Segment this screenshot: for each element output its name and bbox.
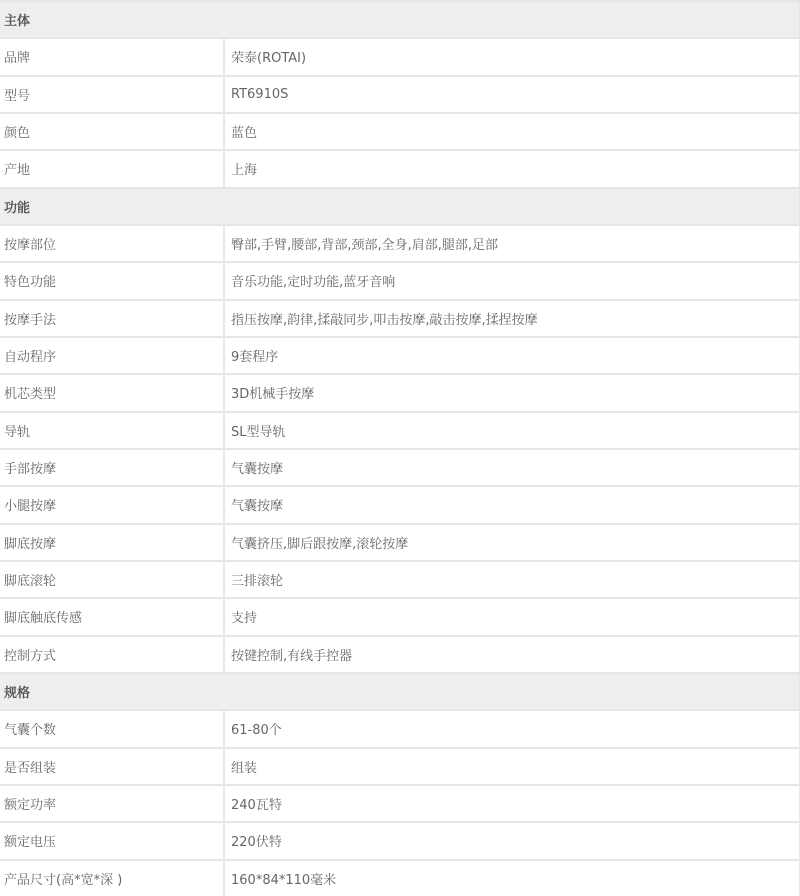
spec-value: 支持 <box>224 598 800 635</box>
spec-label: 机芯类型 <box>0 374 224 411</box>
table-row: 是否组装组装 <box>0 748 800 785</box>
table-row: 型号RT6910S <box>0 76 800 113</box>
table-row: 脚底按摩气囊挤压,脚后跟按摩,滚轮按摩 <box>0 524 800 561</box>
spec-label: 是否组装 <box>0 748 224 785</box>
table-row: 额定电压220伏特 <box>0 822 800 859</box>
spec-value: RT6910S <box>224 76 800 113</box>
spec-table: 主体 品牌荣泰(ROTAI) 型号RT6910S 颜色蓝色 产地上海 功能 按摩… <box>0 0 800 896</box>
spec-value: 9套程序 <box>224 337 800 374</box>
spec-value: 按键控制,有线手控器 <box>224 636 800 673</box>
table-row: 品牌荣泰(ROTAI) <box>0 38 800 75</box>
table-row: 颜色蓝色 <box>0 113 800 150</box>
spec-value: 组装 <box>224 748 800 785</box>
spec-label: 控制方式 <box>0 636 224 673</box>
spec-label: 产地 <box>0 150 224 187</box>
table-row: 按摩手法指压按摩,韵律,揉敲同步,叩击按摩,敲击按摩,揉捏按摩 <box>0 300 800 337</box>
table-row: 自动程序9套程序 <box>0 337 800 374</box>
table-row: 按摩部位臀部,手臂,腰部,背部,颈部,全身,肩部,腿部,足部 <box>0 225 800 262</box>
spec-value: 音乐功能,定时功能,蓝牙音响 <box>224 262 800 299</box>
table-row: 脚底滚轮三排滚轮 <box>0 561 800 598</box>
spec-label: 自动程序 <box>0 337 224 374</box>
section-header-main: 主体 <box>0 1 800 38</box>
spec-value: 三排滚轮 <box>224 561 800 598</box>
spec-label: 脚底滚轮 <box>0 561 224 598</box>
spec-value: SL型导轨 <box>224 412 800 449</box>
spec-label: 导轨 <box>0 412 224 449</box>
section-header-specs: 规格 <box>0 673 800 710</box>
spec-label: 产品尺寸(高*宽*深 ) <box>0 860 224 896</box>
spec-label: 手部按摩 <box>0 449 224 486</box>
table-row: 手部按摩气囊按摩 <box>0 449 800 486</box>
spec-label: 特色功能 <box>0 262 224 299</box>
table-row: 控制方式按键控制,有线手控器 <box>0 636 800 673</box>
spec-value: 160*84*110毫米 <box>224 860 800 896</box>
spec-label: 脚底按摩 <box>0 524 224 561</box>
spec-label: 脚底触底传感 <box>0 598 224 635</box>
spec-label: 额定功率 <box>0 785 224 822</box>
spec-value: 3D机械手按摩 <box>224 374 800 411</box>
table-row: 气囊个数61-80个 <box>0 710 800 747</box>
spec-label: 小腿按摩 <box>0 486 224 523</box>
spec-value: 240瓦特 <box>224 785 800 822</box>
spec-value: 61-80个 <box>224 710 800 747</box>
spec-value: 220伏特 <box>224 822 800 859</box>
spec-value: 荣泰(ROTAI) <box>224 38 800 75</box>
spec-value: 蓝色 <box>224 113 800 150</box>
table-row: 小腿按摩气囊按摩 <box>0 486 800 523</box>
spec-label: 按摩手法 <box>0 300 224 337</box>
section-title: 功能 <box>0 188 800 225</box>
spec-value: 气囊按摩 <box>224 486 800 523</box>
spec-value: 臀部,手臂,腰部,背部,颈部,全身,肩部,腿部,足部 <box>224 225 800 262</box>
table-row: 机芯类型3D机械手按摩 <box>0 374 800 411</box>
spec-label: 额定电压 <box>0 822 224 859</box>
spec-label: 按摩部位 <box>0 225 224 262</box>
table-row: 产地上海 <box>0 150 800 187</box>
table-row: 脚底触底传感支持 <box>0 598 800 635</box>
spec-label: 型号 <box>0 76 224 113</box>
table-row: 导轨SL型导轨 <box>0 412 800 449</box>
spec-value: 指压按摩,韵律,揉敲同步,叩击按摩,敲击按摩,揉捏按摩 <box>224 300 800 337</box>
spec-label: 气囊个数 <box>0 710 224 747</box>
section-title: 规格 <box>0 673 800 710</box>
spec-value: 气囊按摩 <box>224 449 800 486</box>
spec-value: 气囊挤压,脚后跟按摩,滚轮按摩 <box>224 524 800 561</box>
spec-label: 品牌 <box>0 38 224 75</box>
table-row: 产品尺寸(高*宽*深 )160*84*110毫米 <box>0 860 800 896</box>
spec-value: 上海 <box>224 150 800 187</box>
spec-label: 颜色 <box>0 113 224 150</box>
table-row: 特色功能音乐功能,定时功能,蓝牙音响 <box>0 262 800 299</box>
table-row: 额定功率240瓦特 <box>0 785 800 822</box>
section-header-function: 功能 <box>0 188 800 225</box>
section-title: 主体 <box>0 1 800 38</box>
